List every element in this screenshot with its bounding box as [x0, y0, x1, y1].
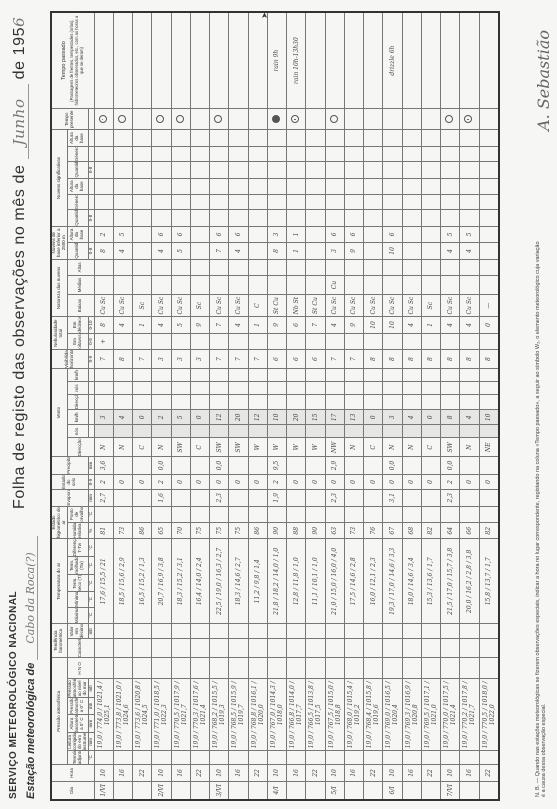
- cell-baixas: Cu Sc: [94, 294, 113, 316]
- col-diferenca: Diferença T-Tw: [67, 539, 88, 557]
- col-rajada-direccao: Direcção: [67, 394, 88, 409]
- cell-hno: [190, 658, 209, 679]
- cell-raj-dir: [402, 394, 421, 409]
- cell-ns2-q: [152, 162, 171, 178]
- cell-temperatures: 11,2 / 9,8 / 1,4: [248, 539, 267, 624]
- cell-vel-nos: [344, 425, 363, 438]
- cell-vel-kmh: 12: [248, 410, 267, 425]
- cell-medias: [421, 276, 440, 295]
- cell-hour: 16: [287, 765, 306, 781]
- cell-orvalho: [421, 506, 440, 522]
- cell-nb-altura: 6: [171, 226, 190, 242]
- cell-ns1-g: [190, 195, 209, 210]
- cell-oitavos: [479, 333, 499, 349]
- cell-raj-nos: [94, 381, 113, 394]
- cell-tempo-presente: [460, 109, 479, 130]
- cell-ns1-q: [402, 210, 421, 226]
- group-pressao: Pressão atmosférica: [51, 658, 67, 765]
- cell-ns1-g: [460, 195, 479, 210]
- cell-ns2-a: [364, 130, 383, 146]
- col-rajada-nos: nós: [67, 381, 88, 394]
- cell-ns2-a: [344, 130, 363, 146]
- cell-raj-kmh: [383, 369, 402, 382]
- cell-altas: [94, 259, 113, 275]
- cell-ns2-a: [210, 130, 229, 146]
- observation-sheet: SERVIÇO METEOROLÓGICO NACIONAL Estação m…: [0, 0, 557, 809]
- table-row: 2/VI1019,0 / 771,0 / 1018,5 / 1022,320,7…: [152, 12, 171, 800]
- cell-oitavos: [421, 333, 440, 349]
- cell-valor: [421, 624, 440, 639]
- cell-raj-dir: [190, 394, 209, 409]
- cell-vel-kmh: 0: [364, 410, 383, 425]
- cell-ns2-q: [325, 162, 344, 178]
- weather-symbol-icon: [291, 115, 299, 123]
- cell-tempo-presente: [152, 109, 171, 130]
- cell-direccao: W: [287, 438, 306, 457]
- cell-ns1-g: [402, 195, 421, 210]
- cell-raj-dir: [421, 394, 440, 409]
- cell-orvalho: [210, 506, 229, 522]
- cell-termometro: [152, 751, 171, 765]
- cell-caracteristica: [344, 639, 363, 658]
- cell-direccao: W: [306, 438, 325, 457]
- cell-tempo-passado: [248, 12, 267, 109]
- cell-raj-dir: [133, 394, 152, 409]
- cell-solo: 0: [287, 474, 306, 489]
- cell-caracteristica: [421, 639, 440, 658]
- cell-tempo-presente: [229, 109, 248, 130]
- cell-temperatures: 18,5 / 15,6 / 2,9: [113, 539, 132, 624]
- cell-vel-nos: [383, 425, 402, 438]
- cell-termometro: [364, 751, 383, 765]
- cell-direccao: W: [248, 438, 267, 457]
- cell-temperatures: 16,5 / 15,2 / 1,3: [133, 539, 152, 624]
- cell-raj-dir: [364, 394, 383, 409]
- cell-raj-kmh: [402, 369, 421, 382]
- cell-precipitacao: [229, 457, 248, 475]
- cell-medias: [402, 276, 421, 295]
- cell-termometro: [479, 751, 499, 765]
- cell-oitavos: [229, 333, 248, 349]
- cell-nb-quant: 10: [383, 243, 402, 259]
- cell-oitavos: [210, 333, 229, 349]
- cell-hour: 16: [171, 765, 190, 781]
- cell-raj-nos: [113, 381, 132, 394]
- cell-raj-nos: [267, 381, 286, 394]
- cell-hour: 10: [383, 765, 402, 781]
- cell-oitavos: +: [94, 333, 113, 349]
- cell-hour: 16: [460, 765, 479, 781]
- cell-nb-quant: [248, 243, 267, 259]
- cell-tempo-passado: [344, 12, 363, 109]
- cell-raj-dir: [287, 394, 306, 409]
- cell-evaporacao: [479, 490, 499, 506]
- cell-solo: 0: [479, 474, 499, 489]
- cell-tempo-presente: [479, 109, 499, 130]
- col-humidade: Humidade relativa: [67, 523, 88, 539]
- cell-raj-dir: [325, 394, 344, 409]
- cell-tempo-passado: [210, 12, 229, 109]
- cell-ns1-a: [306, 178, 325, 194]
- cell-altas: [229, 259, 248, 275]
- cell-humidade: 75: [229, 523, 248, 539]
- cell-medias: [248, 276, 267, 295]
- col-ns2-altura: Altura da base: [67, 130, 88, 146]
- cell-tempo-presente: [344, 109, 363, 130]
- cell-caracteristica: [460, 639, 479, 658]
- cell-direccao: NW: [325, 438, 344, 457]
- cell-ns1-q: [421, 210, 440, 226]
- cell-ns1-q: [248, 210, 267, 226]
- cell-hour: 10: [152, 765, 171, 781]
- cell-nb-quant: [190, 243, 209, 259]
- cell-solo: 0: [171, 474, 190, 489]
- cell-day: 4/I: [267, 781, 286, 800]
- cell-raj-kmh: [306, 369, 325, 382]
- cell-day: [479, 781, 499, 800]
- col-altas: Altas: [67, 259, 94, 275]
- cell-vel-nos: [460, 425, 479, 438]
- col-hno: H N O: [67, 658, 94, 679]
- cell-ns2-q: [94, 162, 113, 178]
- cell-visibilidade: 8: [383, 350, 402, 369]
- cell-ns1-g: [229, 195, 248, 210]
- cell-hour: 10: [210, 765, 229, 781]
- cell-raj-kmh: [344, 369, 363, 382]
- cell-nb-altura: [306, 226, 325, 242]
- cell-hno: [364, 658, 383, 679]
- cell-direccao: SW: [171, 438, 190, 457]
- cell-altas: [171, 259, 190, 275]
- cell-raj-kmh: [421, 369, 440, 382]
- cell-humidade: 70: [171, 523, 190, 539]
- cell-vel-nos: [479, 425, 499, 438]
- cell-raj-dir: [267, 394, 286, 409]
- cell-evaporacao: [171, 490, 190, 506]
- col-caracteristica: Característica: [67, 639, 94, 658]
- cell-pressure: 19,0 / 768,5 / 1015,9 / 1019,7: [229, 679, 248, 751]
- cell-valor: [479, 624, 499, 639]
- cell-hour: 22: [364, 765, 383, 781]
- cell-ns2-a: [190, 130, 209, 146]
- cell-vel-nos: [171, 425, 190, 438]
- cell-nb-altura: 2: [94, 226, 113, 242]
- cell-nb-quant: [402, 243, 421, 259]
- cell-humidade: 75: [190, 523, 209, 539]
- cell-medias: [171, 276, 190, 295]
- cell-decimos: 9: [344, 317, 363, 333]
- col-nb-altura: Altura da base: [67, 226, 88, 242]
- cell-ns1-q: [229, 210, 248, 226]
- cell-ns1-g: [306, 195, 325, 210]
- table-row: 1619,0 / 769,3 / 1016,9 / 1020,818,0 / 1…: [402, 12, 421, 800]
- cell-caracteristica: [287, 639, 306, 658]
- table-row: 2219,0 / 768,4 / 1015,8 / 1019,616,0 / 1…: [364, 12, 383, 800]
- cell-caracteristica: [306, 639, 325, 658]
- cell-visibilidade: 3: [190, 350, 209, 369]
- cell-hno: [306, 658, 325, 679]
- cell-nb-altura: 6: [229, 226, 248, 242]
- group-tendencia: Tendência barométrica: [51, 624, 67, 658]
- weather-symbol-icon: [330, 115, 338, 123]
- cell-tempo-passado: [94, 12, 113, 109]
- cell-solo: 0: [229, 474, 248, 489]
- cell-valor: [287, 624, 306, 639]
- cell-nb-altura: 6: [210, 226, 229, 242]
- cell-ns2-a: [133, 130, 152, 146]
- cell-caracteristica: [133, 639, 152, 658]
- cell-pressure: 19,0 / 768,8 / 1016,1 / 1020,0: [248, 679, 267, 751]
- col-ns1-altura: Altura da base: [67, 178, 88, 194]
- cell-visibilidade: 8: [441, 350, 460, 369]
- cell-hno: [248, 658, 267, 679]
- cell-altas: [479, 259, 499, 275]
- cell-caracteristica: [364, 639, 383, 658]
- cell-hno: [94, 658, 113, 679]
- cell-decimos: 0: [479, 317, 499, 333]
- cell-valor: [383, 624, 402, 639]
- cell-caracteristica: [402, 639, 421, 658]
- cell-evaporacao: [248, 490, 267, 506]
- cell-pressure: 19,0 / 768,4 / 1015,8 / 1019,6: [364, 679, 383, 751]
- cell-vel-kmh: 3: [383, 410, 402, 425]
- cell-caracteristica: [267, 639, 286, 658]
- cell-hour: 16: [344, 765, 363, 781]
- cell-ns2-g: [267, 146, 286, 161]
- group-vento: Vento: [51, 369, 67, 457]
- cell-altas: [402, 259, 421, 275]
- cell-ns2-a: [421, 130, 440, 146]
- cell-ns2-a: [229, 130, 248, 146]
- cell-tempo-passado: [152, 12, 171, 109]
- col-em-decimos: Em décimos: [67, 317, 88, 333]
- cell-ns1-a: [210, 178, 229, 194]
- cell-direccao: C: [133, 438, 152, 457]
- cell-caracteristica: [152, 639, 171, 658]
- cell-hour: 22: [421, 765, 440, 781]
- cell-decimos: 7: [306, 317, 325, 333]
- cell-valor: [133, 624, 152, 639]
- weather-symbol-icon: [156, 115, 164, 123]
- cell-day: [229, 781, 248, 800]
- cell-raj-dir: [344, 394, 363, 409]
- col-pressao-0c: Pressão atmosférica a 0° C: [67, 698, 88, 714]
- cell-ns2-a: [460, 130, 479, 146]
- cell-solo: 0: [133, 474, 152, 489]
- cell-solo: 0: [460, 474, 479, 489]
- cell-raj-nos: [421, 381, 440, 394]
- cell-nb-quant: 7: [210, 243, 229, 259]
- cell-ns1-g: [171, 195, 190, 210]
- group-nuvens-sig: Nuvens significativas: [51, 130, 67, 226]
- cell-caracteristica: [325, 639, 344, 658]
- cell-oitavos: [344, 333, 363, 349]
- cell-baixas: Cu Sc: [344, 294, 363, 316]
- cell-evaporacao: [344, 490, 363, 506]
- cell-orvalho: [325, 506, 344, 522]
- cell-ns1-a: [229, 178, 248, 194]
- cell-altas: [190, 259, 209, 275]
- cell-hour: 22: [479, 765, 499, 781]
- cell-evaporacao: 2,3: [210, 490, 229, 506]
- cell-tempo-presente: [133, 109, 152, 130]
- cell-nb-altura: [248, 226, 267, 242]
- cell-temperatures: 18,0 / 14,6 / 3,4: [402, 539, 421, 624]
- cell-ns2-q: [383, 162, 402, 178]
- cell-orvalho: [441, 506, 460, 522]
- cell-pressure: 19,0 / 773,6 / 1020,8 / 1024,5: [133, 679, 152, 751]
- table-row: 2219,0 / 773,6 / 1020,8 / 1024,516,5 / 1…: [133, 12, 152, 800]
- cell-ns2-a: [441, 130, 460, 146]
- cell-ns1-g: [267, 195, 286, 210]
- cell-ns1-g: [113, 195, 132, 210]
- cell-tempo-presente: [383, 109, 402, 130]
- cell-ns1-a: [441, 178, 460, 194]
- cell-direccao: SW: [210, 438, 229, 457]
- cell-valor: [344, 624, 363, 639]
- cell-ns2-a: [325, 130, 344, 146]
- tempo-passado-title: Tempo passado: [61, 13, 67, 108]
- arrow-icon: ➤: [260, 12, 269, 19]
- cell-hno: [229, 658, 248, 679]
- col-medias: Médias: [67, 276, 94, 295]
- table-row: 5/I1019,0 / 767,5 / 1015,0 / 1018,821,0 …: [325, 12, 344, 800]
- col-ns1-genero: Género: [67, 195, 88, 210]
- cell-ns1-a: [152, 178, 171, 194]
- cell-hour: 22: [133, 765, 152, 781]
- table-row: 1619,0 / 766,8 / 1014,0 / 1017,712,8 / 1…: [287, 12, 306, 800]
- cell-temperatures: 17,5 / 14,6 / 2,8: [344, 539, 363, 624]
- cell-medias: [287, 276, 306, 295]
- cell-ns2-a: [306, 130, 325, 146]
- cell-altas: [287, 259, 306, 275]
- cell-ns1-q: [325, 210, 344, 226]
- cell-decimos: 4: [113, 317, 132, 333]
- cell-decimos: 1: [133, 317, 152, 333]
- cell-raj-dir: [229, 394, 248, 409]
- cell-visibilidade: 3: [152, 350, 171, 369]
- cell-vel-nos: [133, 425, 152, 438]
- cell-raj-kmh: [441, 369, 460, 382]
- cell-humidade: 82: [479, 523, 499, 539]
- cell-evaporacao: 1,9: [267, 490, 286, 506]
- cell-nb-quant: 5: [171, 243, 190, 259]
- cell-vel-kmh: 8: [441, 410, 460, 425]
- cell-ns1-a: [421, 178, 440, 194]
- cell-hour: 10: [325, 765, 344, 781]
- cell-ns2-g: [460, 146, 479, 161]
- cell-medias: [383, 276, 402, 295]
- cell-baixas: Sc: [190, 294, 209, 316]
- cell-nb-quant: 3: [325, 243, 344, 259]
- cell-day: [113, 781, 132, 800]
- table-row: 2219,0 / 770,3 / 1017,6 / 1021,416,4 / 1…: [190, 12, 209, 800]
- cell-solo: 0: [344, 474, 363, 489]
- cell-nb-quant: [364, 243, 383, 259]
- year-prefix: de 195: [11, 27, 28, 80]
- cell-caracteristica: [479, 639, 499, 658]
- cell-precipitacao: 2,9: [325, 457, 344, 475]
- cell-oitavos: [306, 333, 325, 349]
- cell-vel-nos: [325, 425, 344, 438]
- cell-visibilidade: 8: [402, 350, 421, 369]
- cell-temperatures: 16,0 / 12,1 / 2,3: [364, 539, 383, 624]
- cell-visibilidade: 8: [460, 350, 479, 369]
- cell-raj-nos: [229, 381, 248, 394]
- cell-raj-nos: [133, 381, 152, 394]
- cell-raj-nos: [383, 381, 402, 394]
- cell-ns1-q: [152, 210, 171, 226]
- cell-day: 2/VI: [152, 781, 171, 800]
- cell-baixas: —: [479, 294, 499, 316]
- cell-termometro: [267, 751, 286, 765]
- cell-termometro: [210, 751, 229, 765]
- cell-altas: [133, 259, 152, 275]
- col-tempo-presente: Tempo presente: [51, 109, 88, 130]
- cell-day: 7/VI: [441, 781, 460, 800]
- cell-tempo-presente: [267, 109, 286, 130]
- cell-ns1-q: [460, 210, 479, 226]
- cell-orvalho: [402, 506, 421, 522]
- cell-solo: 0: [190, 474, 209, 489]
- col-dia: Dia: [51, 781, 94, 800]
- cell-direccao: SW: [441, 438, 460, 457]
- cell-decimos: 4: [441, 317, 460, 333]
- cell-baixas: Cu Sc: [152, 294, 171, 316]
- cell-precipitacao: [460, 457, 479, 475]
- cell-solo: 0: [248, 474, 267, 489]
- cell-orvalho: [229, 506, 248, 522]
- cell-ns2-g: [113, 146, 132, 161]
- cell-ns1-a: [479, 178, 499, 194]
- cell-nb-quant: 9: [344, 243, 363, 259]
- cell-vel-kmh: 15: [306, 410, 325, 425]
- cell-precipitacao: [171, 457, 190, 475]
- col-maxima: Máxima: [67, 607, 88, 623]
- cell-precipitacao: [287, 457, 306, 475]
- cell-ns1-q: [287, 210, 306, 226]
- cell-vel-kmh: 0: [133, 410, 152, 425]
- cell-ns2-g: [306, 146, 325, 161]
- cell-pressure: 19,0 / 767,5 / 1015,0 / 1018,8: [325, 679, 344, 751]
- cell-baixas: Cu Sc: [383, 294, 402, 316]
- cell-caracteristica: [248, 639, 267, 658]
- cell-ns1-q: [344, 210, 363, 226]
- cell-direccao: N: [383, 438, 402, 457]
- cell-ns2-q: [306, 162, 325, 178]
- cell-ns2-q: [441, 162, 460, 178]
- cell-tempo-passado: [113, 12, 132, 109]
- cell-tempo-passado: rain 10h-13h30: [287, 12, 306, 109]
- cell-raj-nos: [344, 381, 363, 394]
- cell-day: [190, 781, 209, 800]
- cell-ns2-g: [383, 146, 402, 161]
- col-visibilidade: Visibilidade horizontal: [51, 350, 88, 369]
- cell-hno: [267, 658, 286, 679]
- cell-evaporacao: [113, 490, 132, 506]
- cell-temperatures: 21,5 / 17,0 / 15,7 / 3,8: [441, 539, 460, 624]
- cell-visibilidade: 8: [364, 350, 383, 369]
- col-ns2-quantidade: Quantidade: [67, 162, 88, 178]
- cell-tempo-presente: [402, 109, 421, 130]
- cell-ns1-a: [113, 178, 132, 194]
- title-prefix: Folha de registo das observações no mês …: [11, 165, 28, 510]
- cell-vel-nos: [306, 425, 325, 438]
- table-row: 6/I1019,0 / 769,0 / 1016,5 / 1020,419,3 …: [383, 12, 402, 800]
- cell-ns1-a: [364, 178, 383, 194]
- cell-altas: [383, 259, 402, 275]
- cell-oitavos: [460, 333, 479, 349]
